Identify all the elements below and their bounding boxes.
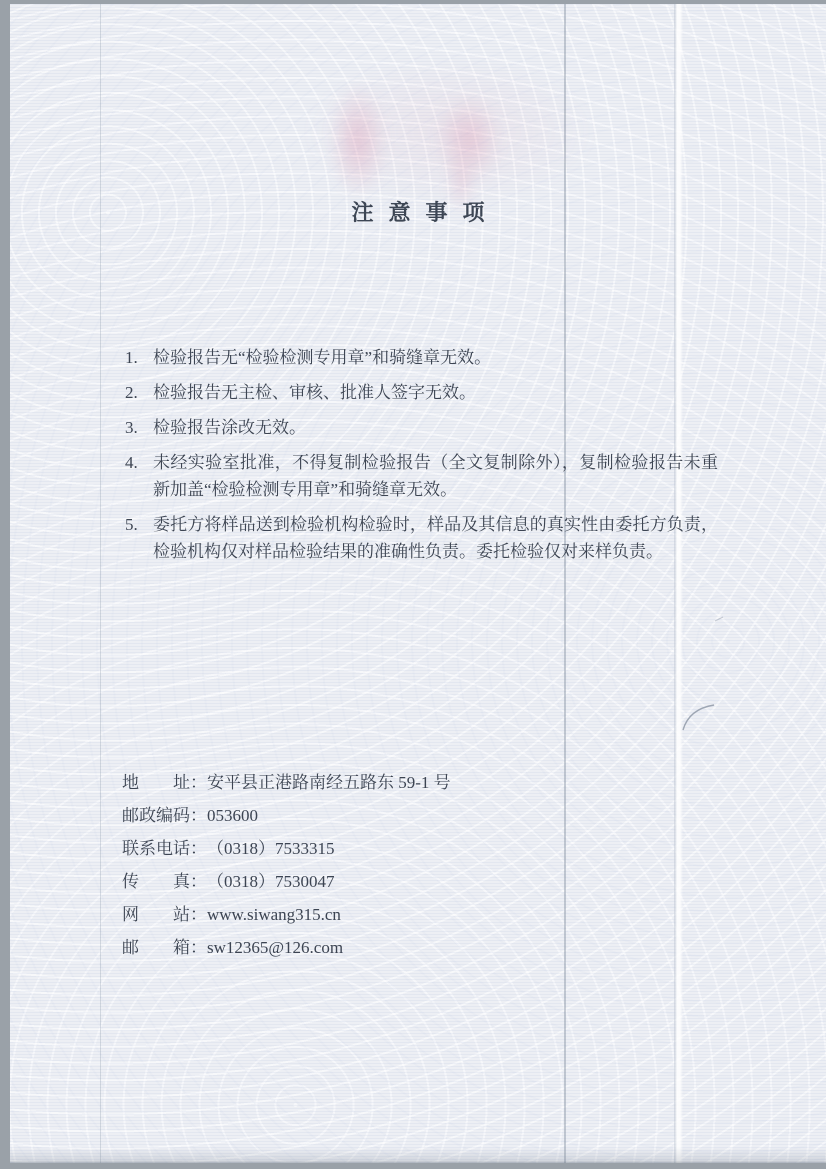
notice-item-number: 5. xyxy=(125,511,153,565)
notice-item-2: 2. 检验报告无主检、审核、批准人签字无效。 xyxy=(125,379,725,406)
contact-row-website: 网 站： www.siwang315.cn xyxy=(122,898,451,931)
contact-value-email: sw12365@126.com xyxy=(207,931,343,964)
scanned-document: { "page": { "title": "注意事项", "notes": [ … xyxy=(0,0,826,1169)
notice-list: 1. 检验报告无“检验检测专用章”和骑缝章无效。 2. 检验报告无主检、审核、批… xyxy=(125,344,725,573)
notice-item-text: 委托方将样品送到检验机构检验时，样品及其信息的真实性由委托方负责，检验机构仅对样… xyxy=(153,511,718,565)
contact-block: 地 址： 安平县正港路南经五路东 59-1 号 邮政编码： 053600 联系电… xyxy=(122,766,451,964)
contact-row-fax: 传 真： （0318）7530047 xyxy=(122,865,451,898)
contact-label: 邮 箱： xyxy=(122,931,207,964)
ink-bleed-stain-1 xyxy=(330,85,386,197)
notice-item-text: 检验报告涂改无效。 xyxy=(153,414,718,441)
contact-value-phone: （0318）7533315 xyxy=(207,832,335,865)
fold-line-left xyxy=(100,4,101,1163)
notice-item-text: 检验报告无“检验检测专用章”和骑缝章无效。 xyxy=(153,344,718,371)
contact-value-address: 安平县正港路南经五路东 59-1 号 xyxy=(207,766,451,799)
notice-item-1: 1. 检验报告无“检验检测专用章”和骑缝章无效。 xyxy=(125,344,725,371)
scratch-mark xyxy=(665,599,765,759)
contact-row-email: 邮 箱： sw12365@126.com xyxy=(122,931,451,964)
paper-sheet: 注意事项 1. 检验报告无“检验检测专用章”和骑缝章无效。 2. 检验报告无主检… xyxy=(10,4,826,1163)
contact-row-address: 地 址： 安平县正港路南经五路东 59-1 号 xyxy=(122,766,451,799)
contact-label: 网 站： xyxy=(122,898,207,931)
notice-item-4: 4. 未经实验室批准，不得复制检验报告（全文复制除外），复制检验报告未重新加盖“… xyxy=(125,449,725,503)
contact-row-phone: 联系电话： （0318）7533315 xyxy=(122,832,451,865)
contact-value-fax: （0318）7530047 xyxy=(207,865,335,898)
notice-item-5: 5. 委托方将样品送到检验机构检验时，样品及其信息的真实性由委托方负责，检验机构… xyxy=(125,511,725,565)
fold-line-right xyxy=(674,4,683,1163)
contact-label: 地 址： xyxy=(122,766,207,799)
contact-label: 联系电话： xyxy=(122,832,207,865)
notice-item-number: 4. xyxy=(125,449,153,503)
notice-item-text: 检验报告无主检、审核、批准人签字无效。 xyxy=(153,379,718,406)
notice-item-number: 2. xyxy=(125,379,153,406)
notice-item-number: 3. xyxy=(125,414,153,441)
contact-value-postcode: 053600 xyxy=(207,799,258,832)
contact-row-postcode: 邮政编码： 053600 xyxy=(122,799,451,832)
notice-item-number: 1. xyxy=(125,344,153,371)
notice-item-3: 3. 检验报告涂改无效。 xyxy=(125,414,725,441)
contact-label: 传 真： xyxy=(122,865,207,898)
notice-item-text: 未经实验室批准，不得复制检验报告（全文复制除外），复制检验报告未重新加盖“检验检… xyxy=(153,449,718,503)
page-title: 注意事项 xyxy=(10,196,826,227)
contact-value-website: www.siwang315.cn xyxy=(207,898,341,931)
contact-label: 邮政编码： xyxy=(122,799,207,832)
